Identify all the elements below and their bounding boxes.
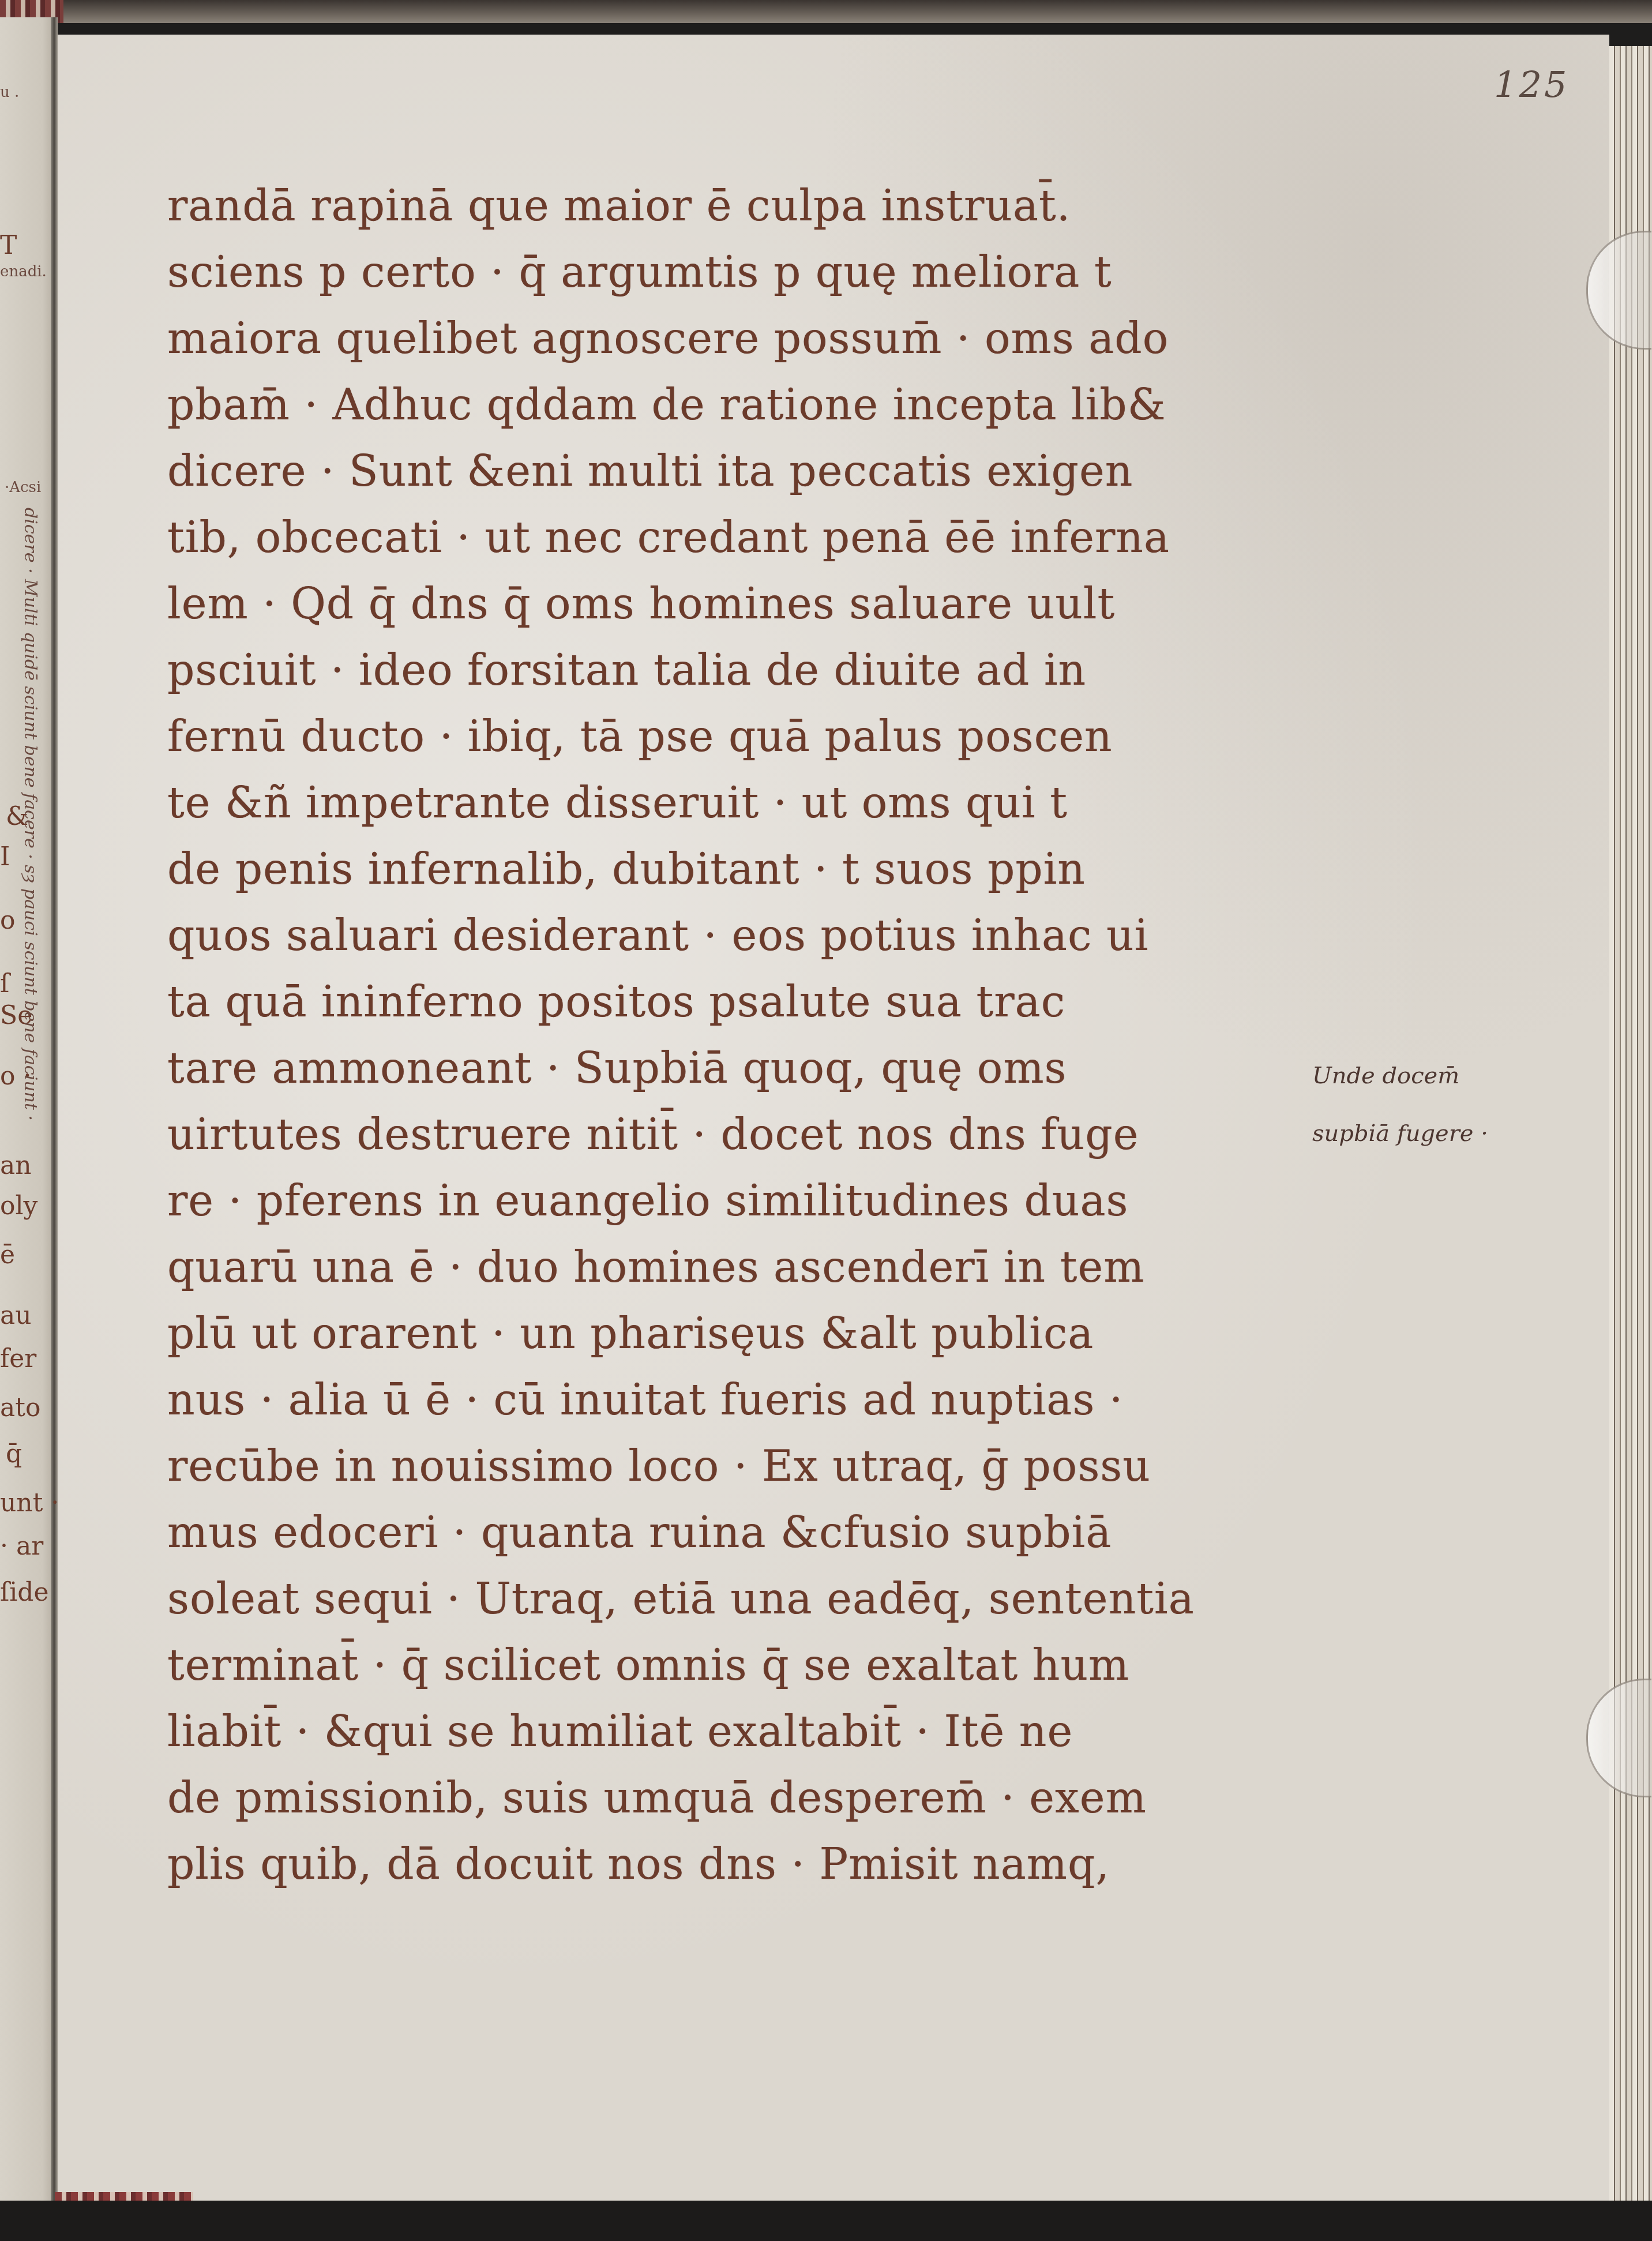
gloss-line: supbiā fugere · <box>1312 1105 1612 1162</box>
page-fore-edge <box>1609 46 1652 2204</box>
fragment: ato <box>0 1393 40 1422</box>
text-line: uirtutes destruere nitit̄ · docet nos dn… <box>167 1102 1263 1168</box>
text-line: psciuit · ideo forsitan talia de diuite … <box>167 637 1263 704</box>
text-line: tib, obcecati · ut nec credant penā ēē i… <box>167 505 1263 571</box>
text-line: terminat̄ · q̄ scilicet omnis q̄ se exal… <box>167 1632 1263 1699</box>
fragment: ·Acsi <box>5 479 41 496</box>
fragment: T <box>0 231 17 260</box>
text-line: tare ammoneant · Supbiā quoq, quę oms <box>167 1035 1263 1102</box>
text-line: lem · Qd q̄ dns q̄ oms homines saluare u… <box>167 571 1263 637</box>
fragment: fer <box>0 1344 36 1373</box>
fragment: au <box>0 1301 32 1330</box>
text-line: plis quib, dā docuit nos dns · Pmisit na… <box>167 1831 1263 1898</box>
text-line: dicere · Sunt &eni multi ita peccatis ex… <box>167 438 1263 505</box>
text-line: ta quā ininferno positos psalute sua tra… <box>167 969 1263 1035</box>
text-line: quos saluari desiderant · eos potius inh… <box>167 903 1263 969</box>
fragment: oly <box>0 1191 37 1221</box>
text-line: de pmissionib, suis umquā desperem̄ · ex… <box>167 1765 1263 1831</box>
text-line: randā rapinā que maior ē culpa instruat̄… <box>167 173 1263 239</box>
text-line: mus edoceri · quanta ruina &cfusio supbi… <box>167 1500 1263 1566</box>
fragment: ſ <box>0 969 9 998</box>
right-margin-gloss: Unde docem̄ supbiā fugere · <box>1312 1047 1612 1162</box>
book-top-edge <box>0 0 1652 23</box>
text-line: liabit̄ · &qui se humiliat exaltabit̄ · … <box>167 1699 1263 1765</box>
text-line: pbam̄ · Adhuc qddam de ratione incepta l… <box>167 372 1263 438</box>
fragment: ē <box>0 1240 15 1270</box>
fragment: ſide <box>0 1578 49 1607</box>
text-line: sciens p certo · q̄ argumtis p quę melio… <box>167 239 1263 306</box>
fragment: · ar <box>0 1531 43 1561</box>
fragment: u . <box>0 84 19 101</box>
text-line: nus · alia ū ē · cū inuitat fueris ad nu… <box>167 1367 1263 1433</box>
fragment: o <box>0 906 16 935</box>
text-line: soleat sequi · Utraq, etiā una eadēq, se… <box>167 1566 1263 1632</box>
text-line: de penis infernalib, dubitant · t suos p… <box>167 836 1263 903</box>
text-line: recūbe in nouissimo loco · Ex utraq, ḡ p… <box>167 1433 1263 1500</box>
book-bottom-shadow <box>0 2201 1652 2241</box>
book-gutter <box>51 17 58 2204</box>
text-line: re · pferens in euangelio similitudines … <box>167 1168 1263 1234</box>
text-line: maiora quelibet agnoscere possum̄ · oms … <box>167 306 1263 372</box>
gloss-line: Unde docem̄ <box>1312 1047 1612 1105</box>
fragment: I <box>0 842 10 872</box>
text-line: fernū ducto · ibiq, tā pse quā palus pos… <box>167 704 1263 770</box>
text-line: quarū una ē · duo homines ascenderī in t… <box>167 1234 1263 1301</box>
left-vertical-gloss: dicere · Multi quidē sciunt bene facere … <box>20 508 40 1121</box>
fragment: an <box>0 1151 32 1180</box>
text-line: plū ut orarent · un pharisęus &alt publi… <box>167 1301 1263 1367</box>
text-line: te &ñ impetrante disseruit · ut oms qui … <box>167 770 1263 836</box>
fragment: q̄ <box>6 1439 22 1469</box>
main-text-block: randā rapinā que maior ē culpa instruat̄… <box>167 173 1263 1898</box>
fragment: unt · <box>0 1488 59 1518</box>
folio-number: 125 <box>1494 63 1569 106</box>
fragment: enadi. <box>0 263 47 280</box>
